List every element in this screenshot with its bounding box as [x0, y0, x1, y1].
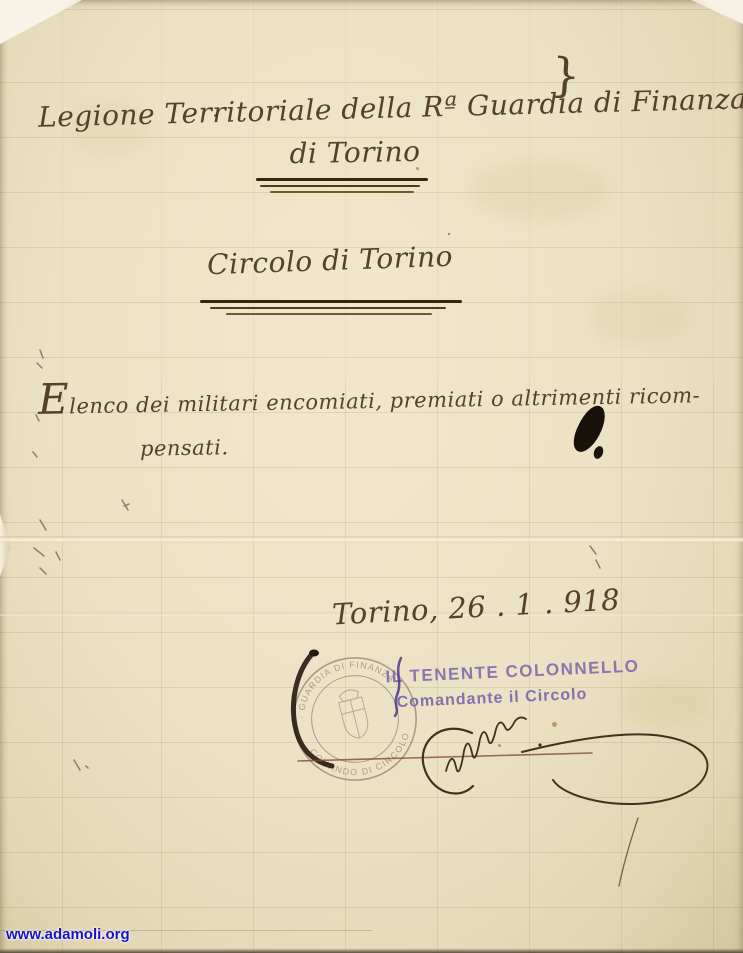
ink-bracket-mark: } — [549, 47, 582, 103]
divider-section — [200, 300, 462, 319]
watermark-url: www.adamoli.org — [6, 926, 130, 943]
office-stamp-line1: IL TENENTE COLONNELLO — [385, 656, 640, 687]
signature-loop — [522, 734, 707, 804]
foxing-dot — [552, 722, 557, 727]
ink-blot-small — [592, 445, 605, 460]
round-seal: · GUARDIA DI FINANZA · COMANDO DI CIRCOL… — [271, 635, 438, 802]
paper-stain — [590, 290, 690, 345]
ink-speck — [214, 114, 217, 117]
divider-line — [270, 191, 414, 193]
body-line2: pensati. — [140, 435, 229, 461]
fold-crease — [0, 536, 743, 543]
header-line2: di Torino — [230, 134, 481, 171]
office-stamp: IL TENENTE COLONNELLO Comandante il Circ… — [385, 656, 641, 712]
divider-line — [200, 300, 462, 303]
office-stamp-line2: Comandante il Circolo — [396, 683, 641, 712]
ink-blot — [568, 402, 612, 457]
header-line1: Legione Territoriale della Rª Guardia di… — [38, 83, 707, 133]
foxing-dot — [498, 744, 501, 747]
scan-bottom-edge — [0, 949, 743, 953]
seal-coat-of-arms — [336, 687, 371, 741]
ink-blob — [309, 650, 319, 657]
divider-line — [210, 307, 446, 310]
paper-stain — [470, 160, 610, 220]
edge-notch-left — [0, 514, 11, 576]
foxing-dot — [416, 167, 419, 170]
section-title: Circolo di Torino — [198, 239, 463, 281]
torn-corner-top-left — [0, 0, 82, 44]
dateline: Torino, 26 . 1 . 918 — [331, 582, 621, 631]
ink-speck — [448, 233, 450, 235]
divider-line — [260, 185, 420, 188]
divider-line — [256, 178, 428, 181]
divider-top — [256, 178, 428, 197]
body-line1: Elenco dei militari encomiati, premiati … — [38, 378, 710, 419]
torn-corner-top-right — [691, 0, 743, 24]
signature-dot — [538, 743, 541, 746]
signature-name — [446, 717, 526, 771]
divider-line — [226, 313, 432, 315]
scanned-document: Legione Territoriale della Rª Guardia di… — [0, 0, 743, 953]
trailing-stroke — [619, 818, 638, 886]
